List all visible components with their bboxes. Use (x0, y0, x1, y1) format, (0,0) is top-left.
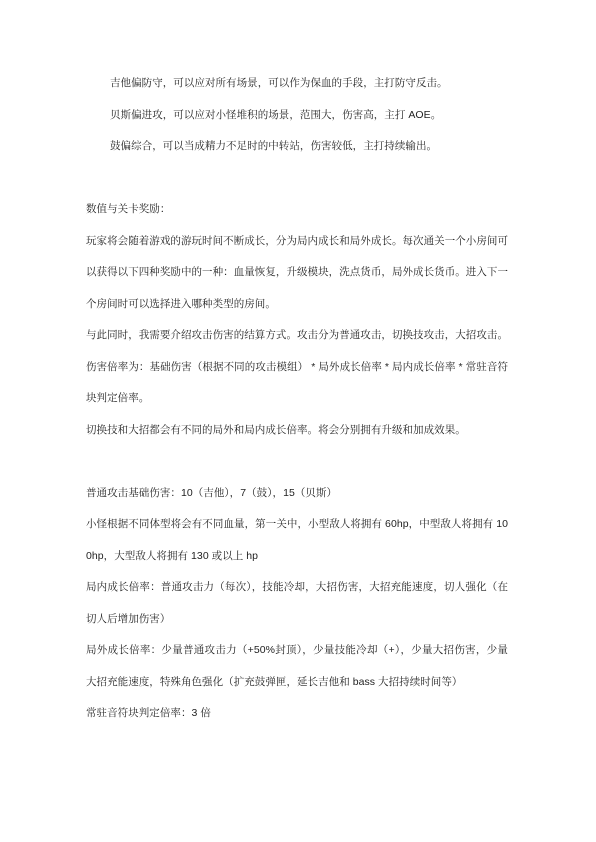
document-page: 吉他偏防守，可以应对所有场景，可以作为保血的手段，主打防守反击。 贝斯偏进攻，可… (0, 0, 596, 842)
paragraph-note-block-multiplier: 常驻音符块判定倍率：3 倍 (86, 698, 508, 730)
paragraph-guitar-role: 吉他偏防守，可以应对所有场景，可以作为保血的手段，主打防守反击。 (86, 68, 508, 100)
paragraph-damage-calc-intro: 与此同时，我需要介绍攻击伤害的结算方式。攻击分为普通攻击，切换技攻击，大招攻击。 (86, 320, 508, 352)
paragraph-out-run-growth: 局外成长倍率：少量普通攻击力（+50%封顶），少量技能冷却（+），少量大招伤害，… (86, 635, 508, 698)
paragraph-damage-formula: 伤害倍率为：基础伤害（根据不同的攻击模组） * 局外成长倍率 * 局内成长倍率 … (86, 352, 508, 415)
heading-values-and-level-rewards: 数值与关卡奖励： (86, 194, 508, 226)
paragraph-basic-attack-damage: 普通攻击基础伤害：10（吉他），7（鼓），15（贝斯） (86, 478, 508, 510)
paragraph-bass-role: 贝斯偏进攻，可以应对小怪堆积的场景，范围大，伤害高，主打 AOE。 (86, 100, 508, 132)
paragraph-enemy-hp: 小怪根据不同体型将会有不同血量，第一关中，小型敌人将拥有 60hp，中型敌人将拥… (86, 509, 508, 572)
paragraph-drum-role: 鼓偏综合，可以当成精力不足时的中转站，伤害较低，主打持续输出。 (86, 131, 508, 163)
paragraph-in-run-growth: 局内成长倍率：普通攻击力（每次），技能冷却，大招伤害，大招充能速度，切人强化（在… (86, 572, 508, 635)
paragraph-growth-and-rewards: 玩家将会随着游戏的游玩时间不断成长，分为局内成长和局外成长。每次通关一个小房间可… (86, 226, 508, 321)
paragraph-skill-ult-multipliers: 切换技和大招都会有不同的局外和局内成长倍率。将会分别拥有升级和加成效果。 (86, 415, 508, 447)
